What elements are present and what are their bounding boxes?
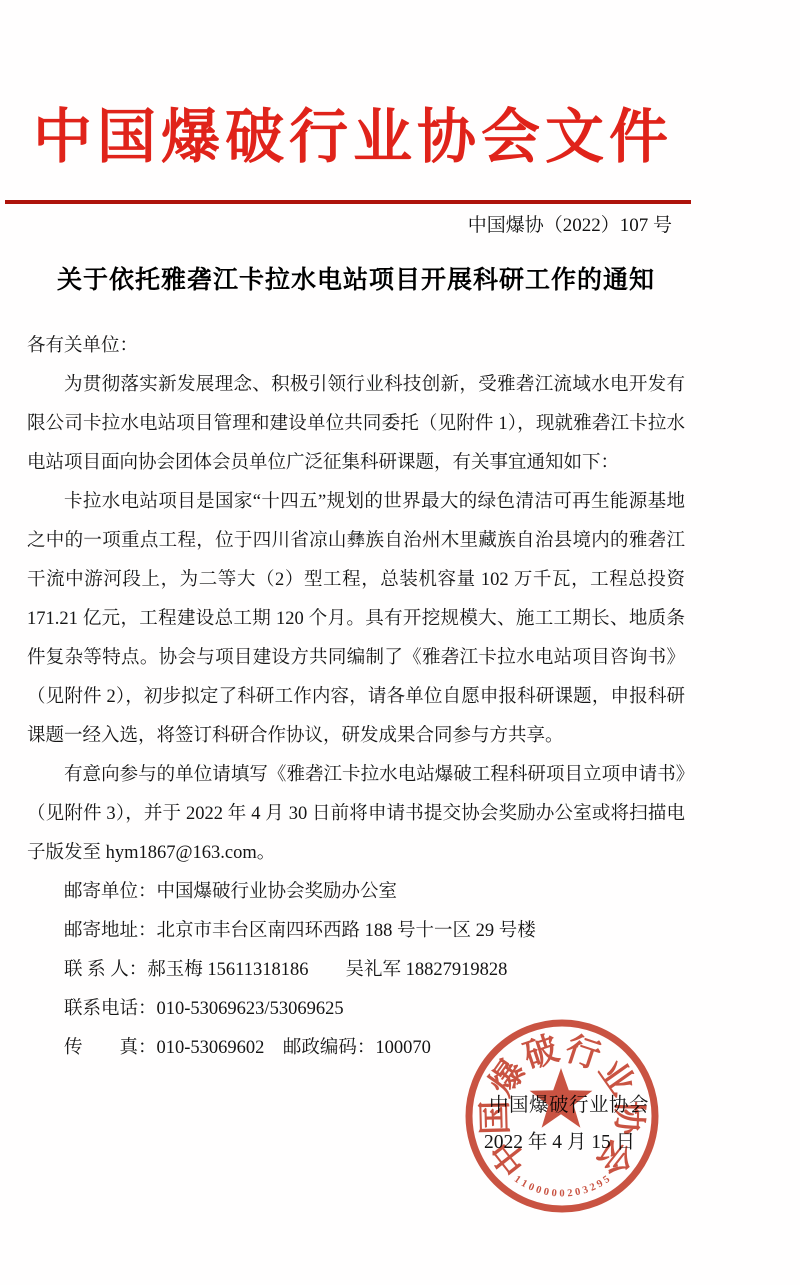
- seal-serial-digit: 0: [534, 1184, 542, 1196]
- seal-serial-digit: 1: [519, 1178, 529, 1190]
- paragraph-3: 有意向参与的单位请填写《雅砻江卡拉水电站爆破工程科研项目立项申请书》（见附件 3…: [27, 756, 685, 873]
- contact-label: 邮寄地址：: [64, 921, 157, 941]
- contact-value: 010-53069602 邮政编码：100070: [157, 1038, 431, 1058]
- contact-value: 郝玉梅 15611318186 吴礼军 18827919828: [147, 960, 507, 980]
- document-number: 中国爆协（2022）107 号: [27, 214, 672, 238]
- seal-serial-digit: 0: [574, 1186, 581, 1198]
- seal-serial-digit: 0: [543, 1186, 550, 1198]
- document-body: 各有关单位： 为贯彻落实新发展理念、积极引领行业科技创新，受雅砻江流域水电开发有…: [27, 327, 685, 1068]
- contact-fax-postcode: 传 真：010-53069602 邮政编码：100070: [27, 1029, 685, 1068]
- seal-serial-digit: 0: [559, 1189, 564, 1200]
- contact-mailing-unit: 邮寄单位：中国爆破行业协会奖励办公室: [27, 873, 685, 912]
- paragraph-1: 为贯彻落实新发展理念、积极引领行业科技创新，受雅砻江流域水电开发有限公司卡拉水电…: [27, 366, 685, 483]
- seal-serial-digit: 2: [588, 1182, 597, 1194]
- seal-serial-digit: 1: [512, 1174, 523, 1186]
- seal-serial-digit: 9: [595, 1178, 605, 1190]
- contact-persons: 联 系 人：郝玉梅 15611318186 吴礼军 18827919828: [27, 951, 685, 990]
- seal-serial-digit: 0: [551, 1188, 557, 1199]
- contact-value: 中国爆破行业协会奖励办公室: [157, 882, 398, 902]
- seal-serial-digit: 3: [581, 1184, 589, 1196]
- seal-serial-digit: 2: [567, 1188, 573, 1199]
- document-page: 中国爆破行业协会文件 中国爆协（2022）107 号 关于依托雅砻江卡拉水电站项…: [0, 0, 800, 1285]
- signature-date: 2022 年 4 月 15 日: [484, 1131, 635, 1155]
- red-divider-line: [5, 200, 691, 204]
- contact-value: 010-53069623/53069625: [157, 999, 344, 1019]
- document-title: 关于依托雅砻江卡拉水电站项目开展科研工作的通知: [27, 264, 685, 296]
- seal-serial-digit: 5: [601, 1174, 612, 1186]
- contact-phone: 联系电话：010-53069623/53069625: [27, 990, 685, 1029]
- contact-label: 邮寄单位：: [64, 882, 157, 902]
- red-header-title: 中国爆破行业协会文件: [33, 101, 773, 173]
- contact-value: 北京市丰台区南四环西路 188 号十一区 29 号楼: [157, 921, 536, 941]
- contact-mailing-address: 邮寄地址：北京市丰台区南四环西路 188 号十一区 29 号楼: [27, 912, 685, 951]
- seal-serial-digit: 0: [527, 1182, 536, 1194]
- contact-label: 联系电话：: [64, 999, 157, 1019]
- contact-label: 联 系 人：: [64, 960, 147, 980]
- salutation: 各有关单位：: [27, 327, 685, 366]
- contact-label: 传 真：: [64, 1038, 157, 1058]
- signature-org: 中国爆破行业协会: [489, 1094, 649, 1118]
- paragraph-2: 卡拉水电站项目是国家“十四五”规划的世界最大的绿色清洁可再生能源基地之中的一项重…: [27, 483, 685, 756]
